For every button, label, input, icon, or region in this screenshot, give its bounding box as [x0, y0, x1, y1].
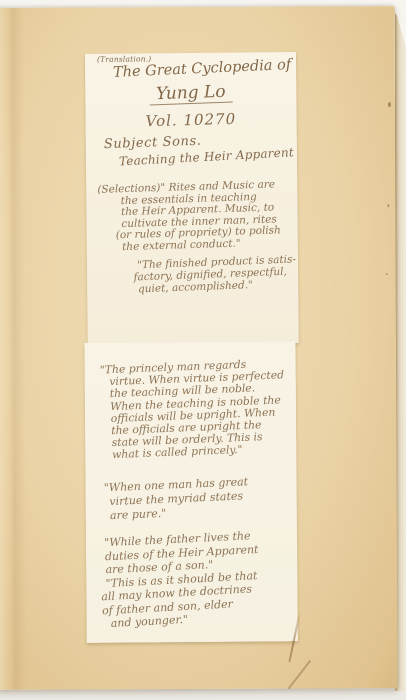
paper-speck — [387, 204, 389, 207]
subject-line: Subject Sons. — [104, 134, 202, 152]
slip1-paragraph-2: "The finished product is satis-factory, … — [95, 253, 297, 297]
slip2-paragraph-2: "When one man has greatvirtue the myriad… — [94, 475, 250, 524]
volume-number: Vol. 10270 — [145, 110, 236, 130]
manuscript-line: the external conduct." — [122, 237, 281, 253]
underlined-name: Yung Lo — [149, 82, 233, 106]
slip2-paragraph-4: "This is as it should be thatall may kno… — [94, 569, 260, 631]
album-page: (Translation.) The Great Cyclopedia of Y… — [0, 6, 397, 690]
paper-speck — [386, 273, 388, 275]
paper-speck — [388, 102, 391, 107]
page-crease-line-branch — [288, 660, 311, 689]
photograph-background: (Translation.) The Great Cyclopedia of Y… — [0, 0, 406, 700]
document-title-name: Yung Lo — [85, 79, 297, 108]
slip1-paragraph-1: (Selections)" Rites and Music arethe ess… — [94, 179, 281, 254]
slip2-paragraph-1: "The princely man regardsvirtue. When vi… — [93, 357, 288, 462]
translation-slip-bottom: "The princely man regardsvirtue. When vi… — [84, 341, 297, 643]
translation-slip-top: (Translation.) The Great Cyclopedia of Y… — [85, 52, 299, 345]
